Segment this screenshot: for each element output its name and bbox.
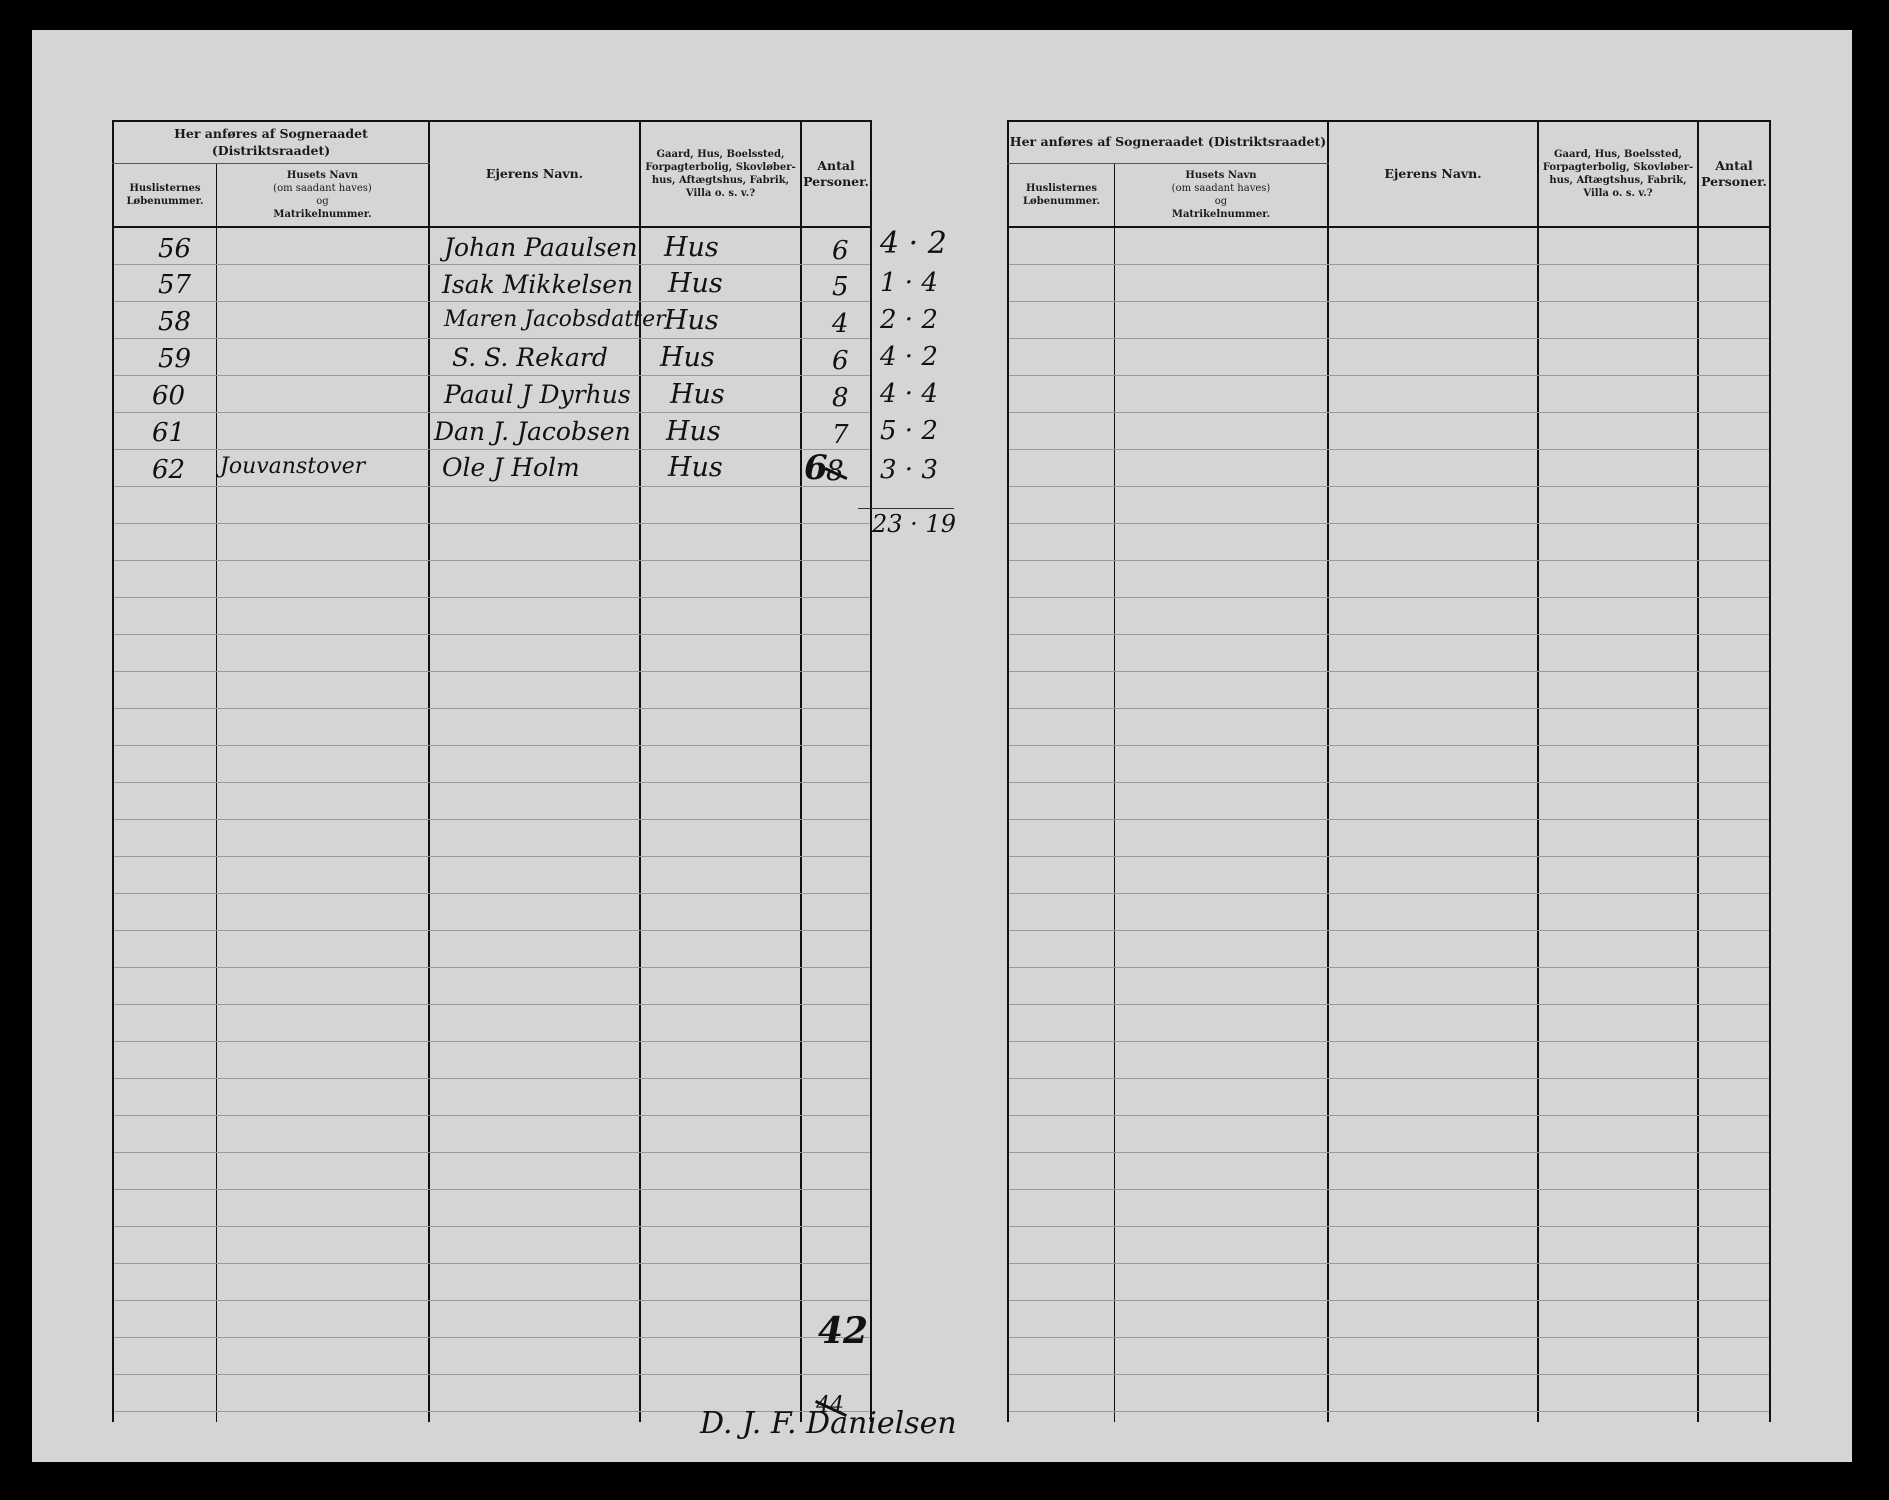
ruled-line [114,412,870,413]
left-group-header: Her anføres af Sogneraadet (Distriktsraa… [114,122,428,163]
right-col-antal-header: AntalPersoner. [1699,122,1769,226]
ruled-line [114,1041,870,1042]
ruled-line [114,375,870,376]
margin-note: 4 · 2 [880,342,938,372]
antal-column-total: 42 [818,1310,868,1352]
ruled-line [1009,1152,1769,1153]
ruled-line [114,1115,870,1116]
margin-note: 5 · 2 [880,416,938,446]
row-lobenummer: 58 [158,307,191,337]
row-owner-name: S. S. Rekard [452,343,608,372]
ruled-line [114,893,870,894]
ruled-line [114,301,870,302]
ruled-line [1009,967,1769,968]
row-lobenummer: 60 [152,381,185,411]
ruled-line [1009,1226,1769,1227]
row-antal: 4 [832,309,849,339]
row-house-type: Hus [670,379,725,410]
ruled-line [114,708,870,709]
ruled-line [1009,264,1769,265]
right-col-ejerens-navn-header: Ejerens Navn. [1329,122,1537,226]
ruled-line [1009,449,1769,450]
row-antal: 6 [832,346,849,376]
ruled-line [1009,412,1769,413]
ruled-line [114,1078,870,1079]
ruled-line [1009,1263,1769,1264]
row-house-type: Hus [666,416,721,447]
margin-note: 2 · 2 [880,305,938,335]
ruled-line [114,967,870,968]
left-col-husets-navn-header: Husets Navn(om saadant haves)ogMatrikeln… [217,164,428,226]
ruled-line [1009,375,1769,376]
ruled-line [1009,819,1769,820]
ruled-line [114,856,870,857]
row-owner-name: Johan Paaulsen [444,233,637,262]
row-lobenummer: 56 [158,234,191,264]
row-lobenummer: 61 [152,418,185,448]
ruled-line [114,560,870,561]
ruled-line [114,338,870,339]
row-owner-name: Maren Jacobsdatter [444,307,666,332]
ruled-line [114,671,870,672]
row-lobenummer: 57 [158,270,191,300]
left-col-type-header: Gaard, Hus, Boelssted,Forpagterbolig, Sk… [641,122,800,226]
ruled-line [1009,597,1769,598]
ruled-line [1009,634,1769,635]
ruled-line [1009,560,1769,561]
ruled-line [1009,1041,1769,1042]
ruled-line [1009,1115,1769,1116]
margin-total-rule [858,508,954,509]
margin-note: 4 · 4 [880,379,938,409]
row-house-type: Hus [668,268,723,299]
right-col-husets-navn-header: Husets Navn(om saadant haves)ogMatrikeln… [1115,164,1327,226]
ruled-line [1009,486,1769,487]
left-col-antal-header: AntalPersoner. [802,122,870,226]
ruled-line [114,264,870,265]
ruled-line [114,1300,870,1301]
ruled-line [114,1152,870,1153]
margin-note: 3 · 3 [880,455,938,485]
row-antal: 7 [832,420,849,450]
right-col-type-header: Gaard, Hus, Boelssted,Forpagterbolig, Sk… [1539,122,1697,226]
row-house-type: Hus [664,305,719,336]
ruled-line [1009,1411,1769,1412]
left-col-lobenummer-header: HuslisternesLøbenummer. [114,164,216,226]
ruled-line [1009,1300,1769,1301]
ruled-line [114,449,870,450]
row-antal: 6 [832,236,849,266]
ruled-line [114,782,870,783]
ruled-line [114,930,870,931]
row-house-name: Jouvanstover [220,454,365,479]
row-house-type: Hus [664,232,719,263]
ruled-line [1009,1374,1769,1375]
left-row-62: 62 Jouvanstover Ole J Holm Hus 6 8 3 · 3 [32,30,1852,63]
ruled-line [1009,301,1769,302]
ruled-line [114,1004,870,1005]
document-page: Her anføres af Sogneraadet (Distriktsraa… [32,30,1852,1462]
ruled-line [1009,856,1769,857]
row-antal: 5 [832,272,849,302]
row-antal-struck: 8 [826,454,844,487]
row-lobenummer: 62 [152,455,185,485]
margin-total: 23 · 19 [872,510,956,538]
row-house-type: Hus [660,342,715,373]
ruled-line [1009,782,1769,783]
ruled-line [1009,1004,1769,1005]
ruled-line [1009,930,1769,931]
right-group-header: Her anføres af Sogneraadet (Distriktsraa… [1009,122,1327,163]
ruled-line [1009,523,1769,524]
ruled-line [1009,893,1769,894]
row-owner-name: Isak Mikkelsen [442,270,633,299]
ruled-line [114,745,870,746]
left-col-ejerens-navn-header: Ejerens Navn. [430,122,639,226]
signature: D. J. F. Danielsen [700,1406,957,1441]
ruled-line [1009,1189,1769,1190]
row-house-type: Hus [668,452,723,483]
ruled-line [114,634,870,635]
ruled-line [114,1263,870,1264]
ruled-line [1009,1078,1769,1079]
ruled-line [114,486,870,487]
ruled-line [1009,338,1769,339]
ruled-line [114,1374,870,1375]
row-antal: 8 [832,383,849,413]
row-owner-name: Paaul J Dyrhus [444,380,631,409]
ruled-line [1009,708,1769,709]
right-col-lobenummer-header: HuslisternesLøbenummer. [1009,164,1114,226]
ruled-line [114,597,870,598]
row-owner-name: Ole J Holm [442,453,580,482]
ruled-line [114,1337,870,1338]
margin-note: 4 · 2 [880,226,947,261]
ruled-line [114,819,870,820]
ruled-line [114,1189,870,1190]
ruled-line [1009,671,1769,672]
ruled-line [1009,1337,1769,1338]
ruled-line [114,523,870,524]
left-table: Her anføres af Sogneraadet (Distriktsraa… [32,30,1852,88]
margin-note: 1 · 4 [880,268,938,298]
ruled-line [1009,745,1769,746]
row-lobenummer: 59 [158,344,191,374]
row-owner-name: Dan J. Jacobsen [434,417,631,446]
ruled-line [114,1226,870,1227]
